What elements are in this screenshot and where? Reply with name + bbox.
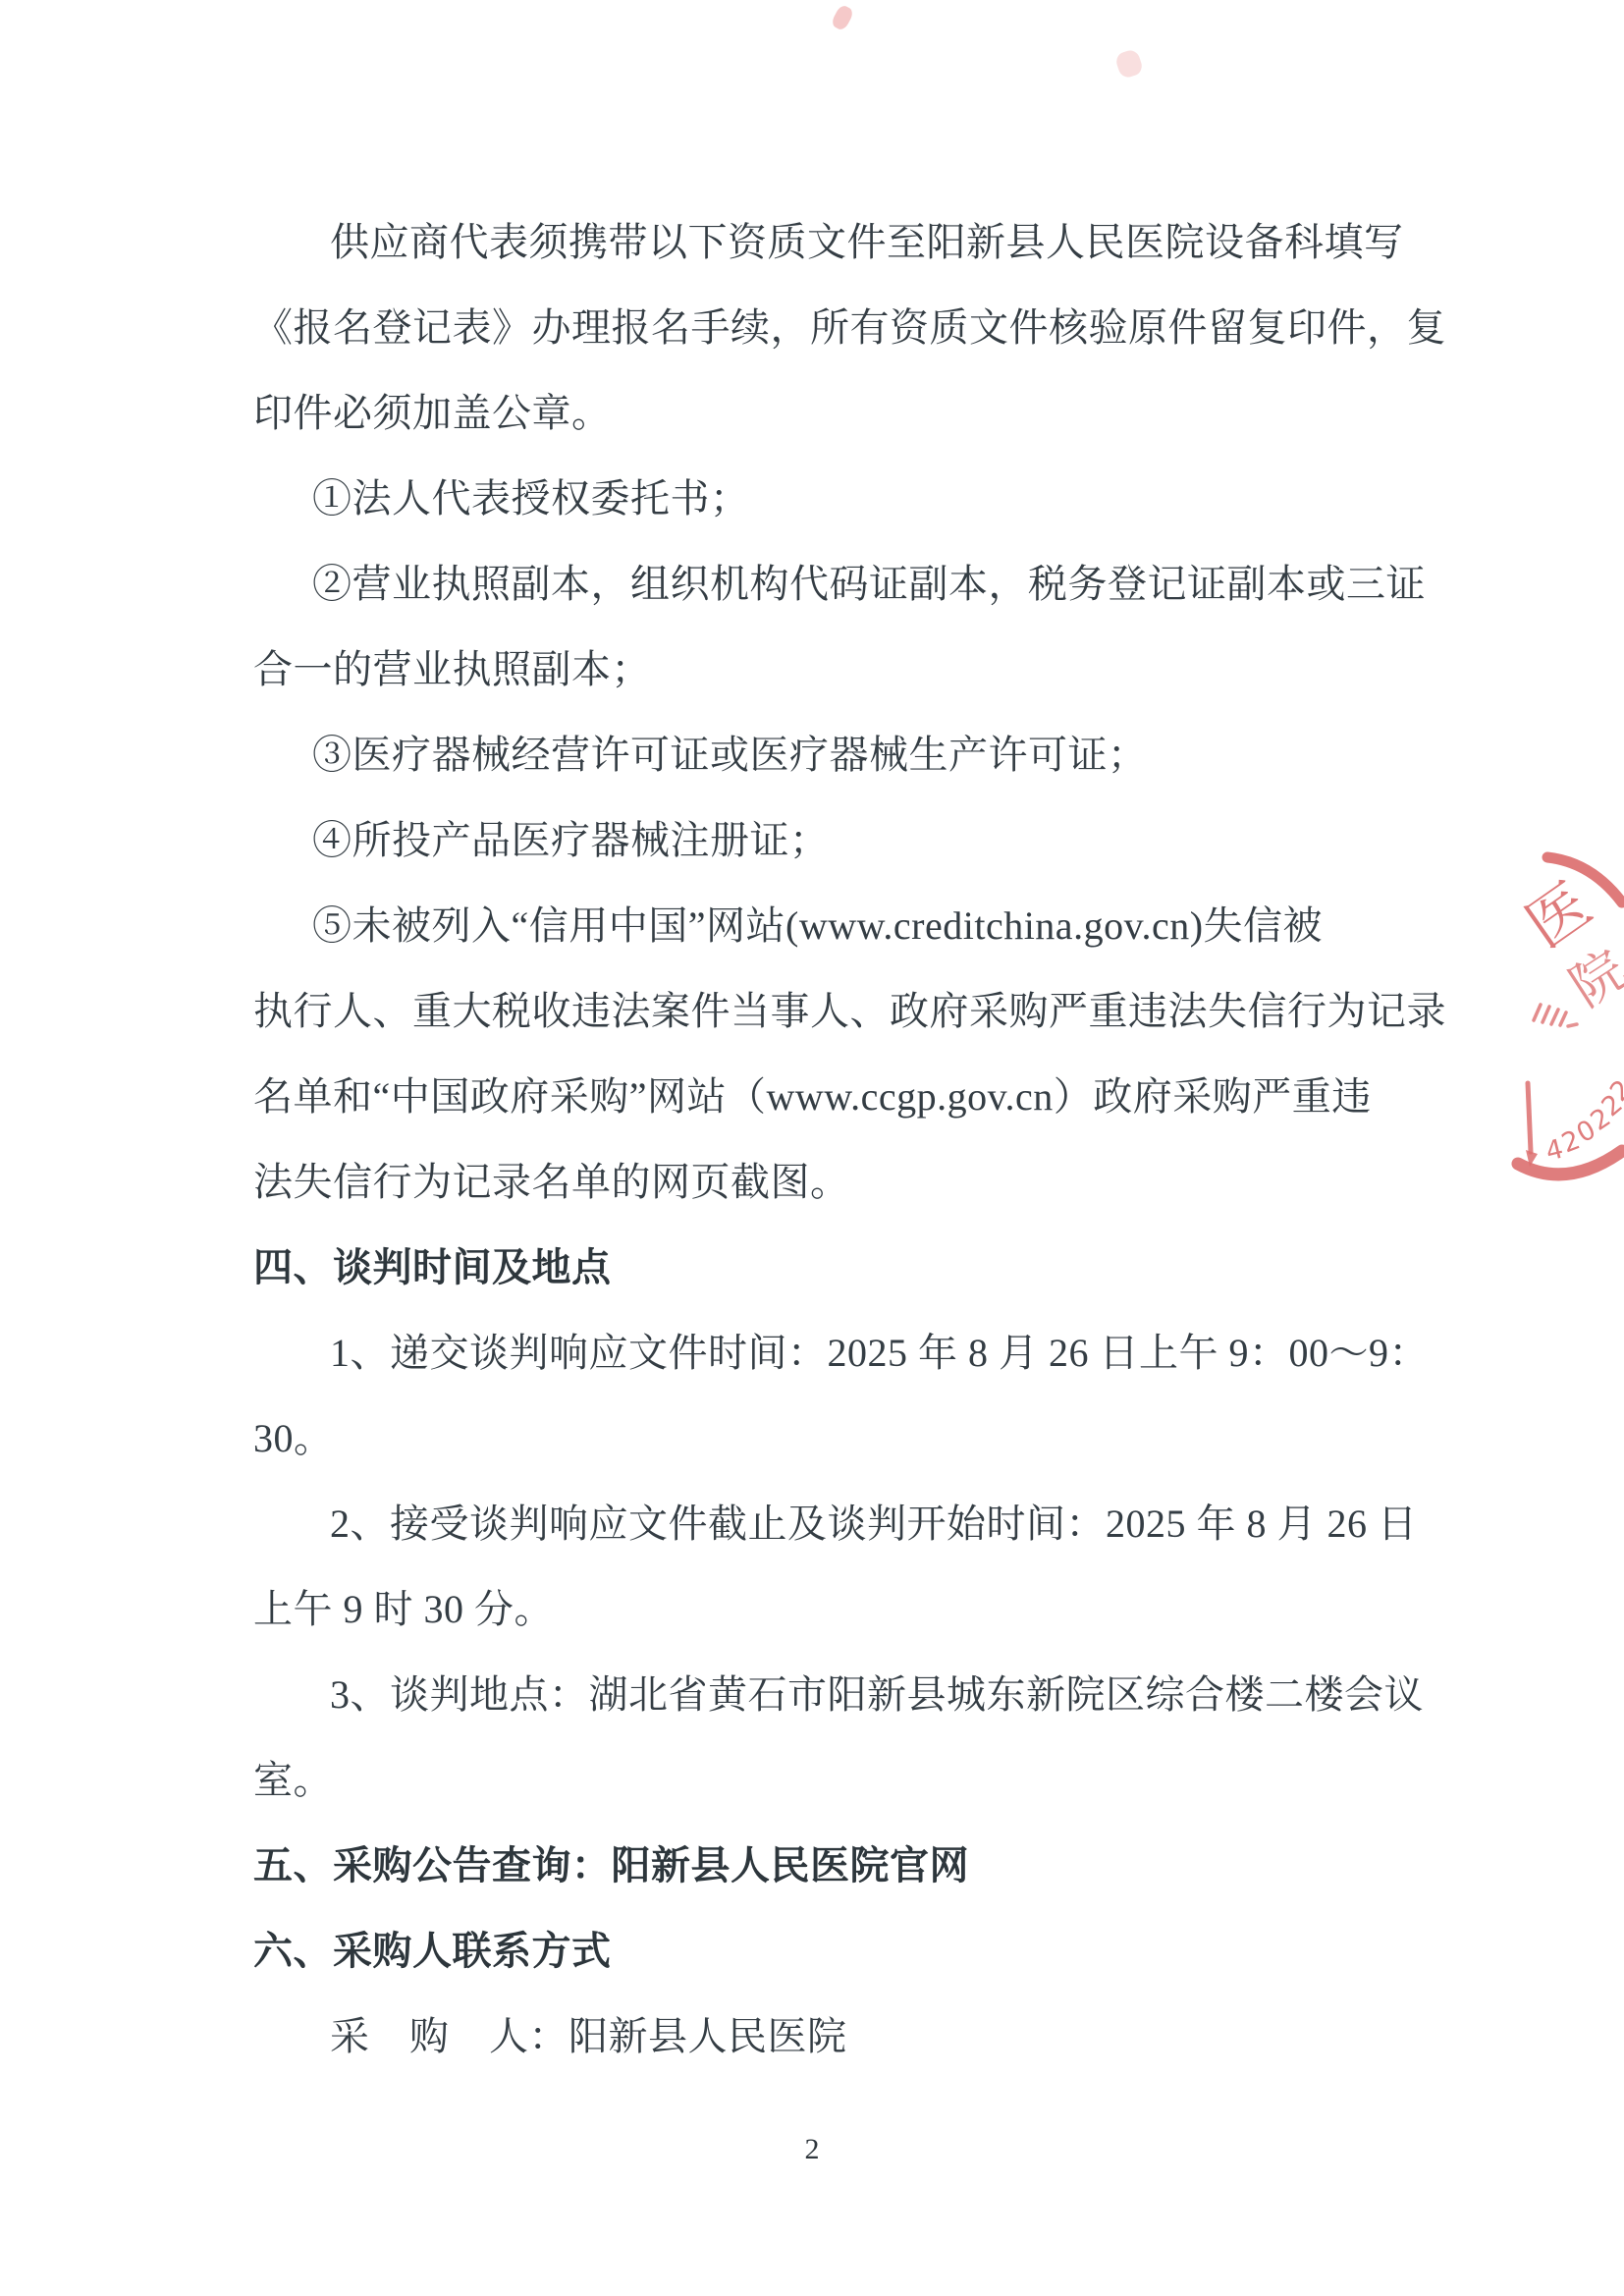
text-line: 采 购 人：阳新县人民医院	[253, 1994, 1477, 2079]
text-line: 五、采购公告查询：阳新县人民医院官网	[253, 1823, 1477, 1908]
text-line: 名单和“中国政府采购”网站（www.ccgp.gov.cn）政府采购严重违	[253, 1054, 1477, 1139]
text-line: 法失信行为记录名单的网页截图。	[253, 1139, 1477, 1225]
stamp-char-yuan: 院	[1560, 940, 1624, 1018]
text-line: 印件必须加盖公章。	[253, 370, 1477, 456]
text-line: 上午 9 时 30 分。	[253, 1566, 1477, 1652]
document-body: 供应商代表须携带以下资质文件至阳新县人民医院设备科填写《报名登记表》办理报名手续…	[253, 199, 1477, 2079]
text-line: ⑤未被列入“信用中国”网站(www.creditchina.gov.cn)失信被	[253, 883, 1477, 968]
text-line: 1、递交谈判响应文件时间：2025 年 8 月 26 日上午 9：00～9：	[253, 1310, 1477, 1395]
text-line: 30。	[253, 1395, 1477, 1481]
stamp-hatch-marks	[1534, 1005, 1566, 1025]
official-stamp: 医 院 4 2 0 2 2 2	[1457, 840, 1624, 1232]
text-line: 2、接受谈判响应文件截止及谈判开始时间：2025 年 8 月 26 日	[253, 1481, 1477, 1566]
scan-artifact	[1114, 48, 1145, 80]
text-line: 执行人、重大税收违法案件当事人、政府采购严重违法失信行为记录	[253, 968, 1477, 1054]
stamp-star-edge	[1528, 1083, 1531, 1152]
page-number: 2	[0, 2133, 1624, 2166]
text-line: ①法人代表授权委托书；	[253, 456, 1477, 541]
document-page: 供应商代表须携带以下资质文件至阳新县人民医院设备科填写《报名登记表》办理报名手续…	[0, 0, 1624, 2296]
text-line: ③医疗器械经营许可证或医疗器械生产许可证；	[253, 712, 1477, 797]
text-line: 供应商代表须携带以下资质文件至阳新县人民医院设备科填写	[253, 199, 1477, 285]
text-line: 3、谈判地点：湖北省黄石市阳新县城东新院区综合楼二楼会议	[253, 1652, 1477, 1737]
text-line: 室。	[253, 1737, 1477, 1823]
text-line: 四、谈判时间及地点	[253, 1225, 1477, 1310]
scan-artifact	[830, 4, 854, 32]
text-line: ④所投产品医疗器械注册证；	[253, 797, 1477, 883]
text-line: 六、采购人联系方式	[253, 1908, 1477, 1994]
text-line: ②营业执照副本，组织机构代码证副本，税务登记证副本或三证	[253, 541, 1477, 627]
text-line: 合一的营业执照副本；	[253, 627, 1477, 712]
text-line: 《报名登记表》办理报名手续，所有资质文件核验原件留复印件，复	[253, 285, 1477, 370]
stamp-hatch-dash	[1568, 1024, 1577, 1026]
stamp-char-yi: 医	[1515, 871, 1603, 960]
